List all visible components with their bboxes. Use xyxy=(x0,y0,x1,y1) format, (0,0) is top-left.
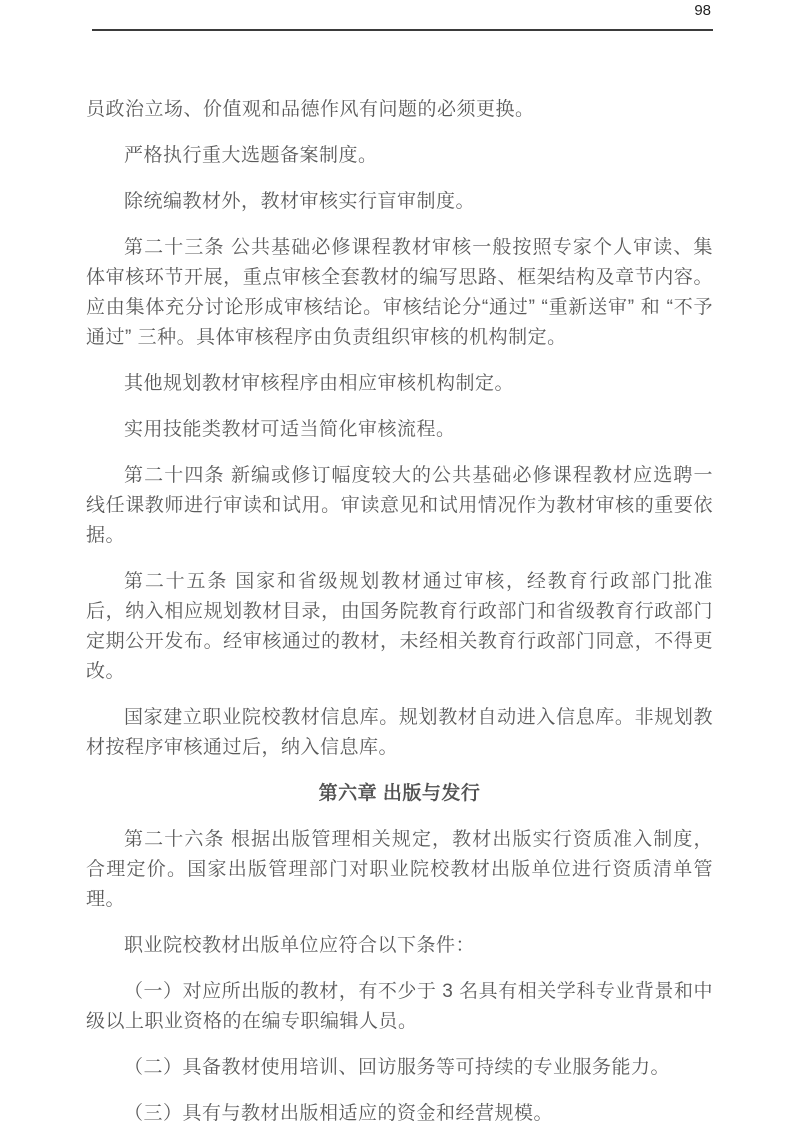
page-header: 98 xyxy=(92,0,713,31)
paragraph-article-25: 第二十五条 国家和省级规划教材通过审核，经教育行政部门批准后，纳入相应规划教材目… xyxy=(86,567,713,687)
paragraph: 实用技能类教材可适当简化审核流程。 xyxy=(86,415,713,445)
page-number: 98 xyxy=(92,3,713,18)
chapter-heading: 第六章 出版与发行 xyxy=(86,779,713,809)
paragraph-article-26: 第二十六条 根据出版管理相关规定，教材出版实行资质准入制度，合理定价。国家出版管… xyxy=(86,825,713,915)
paragraph-article-24: 第二十四条 新编或修订幅度较大的公共基础必修课程教材应选聘一线任课教师进行审读和… xyxy=(86,461,713,551)
document-page: 98 员政治立场、价值观和品德作风有问题的必须更换。 严格执行重大选题备案制度。… xyxy=(0,0,793,1122)
document-body: 员政治立场、价值观和品德作风有问题的必须更换。 严格执行重大选题备案制度。 除统… xyxy=(86,31,713,1122)
paragraph: 职业院校教材出版单位应符合以下条件： xyxy=(86,931,713,961)
paragraph: 其他规划教材审核程序由相应审核机构制定。 xyxy=(86,369,713,399)
paragraph: 严格执行重大选题备案制度。 xyxy=(86,141,713,171)
paragraph-continuation: 员政治立场、价值观和品德作风有问题的必须更换。 xyxy=(86,95,713,125)
paragraph-item-1: （一）对应所出版的教材，有不少于 3 名具有相关学科专业背景和中级以上职业资格的… xyxy=(86,977,713,1037)
paragraph-item-2: （二）具备教材使用培训、回访服务等可持续的专业服务能力。 xyxy=(86,1053,713,1083)
paragraph: 除统编教材外，教材审核实行盲审制度。 xyxy=(86,187,713,217)
paragraph-item-3: （三）具有与教材出版相适应的资金和经营规模。 xyxy=(86,1099,713,1122)
paragraph-article-23: 第二十三条 公共基础必修课程教材审核一般按照专家个人审读、集体审核环节开展，重点… xyxy=(86,233,713,353)
paragraph: 国家建立职业院校教材信息库。规划教材自动进入信息库。非规划教材按程序审核通过后，… xyxy=(86,703,713,763)
